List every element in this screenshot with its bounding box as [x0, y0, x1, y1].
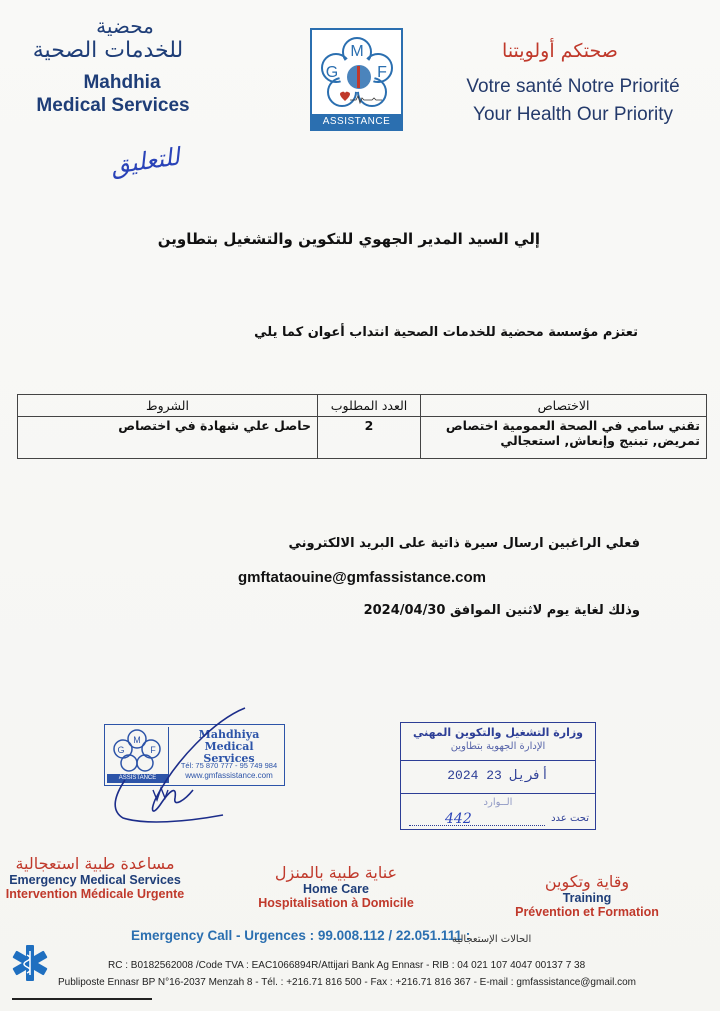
- logo-band-text: ASSISTANCE: [312, 114, 401, 129]
- service-ar: مساعدة طبية استعجالية: [2, 854, 188, 873]
- svg-text:M: M: [350, 43, 363, 60]
- contact-address-info: Publiposte Ennasr BP N°16-2037 Menzah 8 …: [58, 977, 636, 988]
- cell-count: 2: [318, 417, 421, 459]
- document-page: محضية للخدمات الصحية Mahdhia Medical Ser…: [0, 0, 720, 1011]
- brand-name-arabic-line2: للخدمات الصحية: [22, 38, 194, 63]
- footer-rule: [12, 998, 152, 1000]
- application-deadline: وذلك لغاية يوم لاثنين الموافق 2024/04/30: [364, 603, 640, 618]
- service-en: Emergency Medical Services: [2, 873, 188, 887]
- service-ar: عناية طبية بالمنزل: [252, 863, 420, 882]
- stamp-received-date: 2024 أفريل 23: [401, 768, 595, 783]
- stamp-regional-directorate: الإدارة الجهوية بتطاوين: [401, 741, 595, 752]
- header-count: العدد المطلوب: [318, 395, 421, 417]
- stamp-ministry-name: وزارة التشغيل والتكوين المهني: [401, 726, 595, 739]
- star-of-life-icon: [10, 943, 50, 983]
- slogan-french: Votre santé Notre Priorité: [462, 76, 684, 98]
- brand-name-english-line1: Mahdhia: [62, 72, 182, 94]
- ministry-receipt-stamp: وزارة التشغيل والتكوين المهني الإدارة ال…: [400, 722, 596, 830]
- service-ar: وقاية وتكوين: [512, 872, 662, 891]
- header-specialty: الاختصاص: [421, 395, 707, 417]
- table-header-row: الاختصاص العدد المطلوب الشروط: [18, 395, 707, 417]
- brand-name-arabic-line1: محضية: [70, 14, 180, 38]
- service-en: Home Care: [252, 882, 420, 896]
- service-fr: Intervention Médicale Urgente: [2, 887, 188, 901]
- header-conditions: الشروط: [18, 395, 318, 417]
- stamp-divider: [401, 793, 595, 794]
- apply-instructions: فعلي الراغبين ارسال سيرة ذاتية على البري…: [288, 536, 640, 551]
- svg-text:G: G: [326, 64, 338, 81]
- emergency-label-arabic: الحالات الإستعجالية: [452, 934, 531, 945]
- application-email[interactable]: gmftataouine@gmfassistance.com: [238, 569, 486, 586]
- handwritten-note: للتعليق: [69, 142, 182, 185]
- service-home-care: عناية طبية بالمنزل Home Care Hospitalisa…: [252, 863, 420, 910]
- table-row: تقني سامي في الصحة العمومية اختصاص تمريض…: [18, 417, 707, 459]
- vacancies-table: الاختصاص العدد المطلوب الشروط تقني سامي …: [17, 394, 707, 459]
- brand-name-english-line2: Medical Services: [28, 95, 198, 117]
- cell-specialty: تقني سامي في الصحة العمومية اختصاص تمريض…: [421, 417, 707, 459]
- svg-text:F: F: [377, 64, 387, 81]
- stamp-number-label: تحت عدد: [551, 813, 589, 824]
- gmf-assistance-logo: M G F ASSISTANCE: [310, 28, 403, 131]
- signature-icon: [105, 700, 255, 830]
- slogan-english: Your Health Our Priority: [462, 104, 684, 126]
- legal-registration-info: RC : B0182562008 /Code TVA : EAC1066894R…: [108, 960, 585, 971]
- slogan-arabic: صحتكم أولويتنا: [500, 40, 620, 62]
- cell-conditions: حاصل علي شهادة في اختصاص: [18, 417, 318, 459]
- flower-emblem-icon: M G F: [314, 32, 400, 116]
- service-en: Training: [512, 891, 662, 905]
- letter-intro: تعتزم مؤسسة محضية للخدمات الصحية انتداب …: [254, 325, 638, 340]
- service-fr: Prévention et Formation: [512, 905, 662, 919]
- emergency-numbers: Emergency Call - Urgences : 99.008.112 /…: [131, 928, 470, 943]
- specialty-line1: تقني سامي في الصحة العمومية اختصاص: [427, 418, 700, 433]
- stamp-dotted-line: [409, 825, 545, 826]
- service-emergency: مساعدة طبية استعجالية Emergency Medical …: [2, 854, 188, 901]
- service-training: وقاية وتكوين Training Prévention et Form…: [512, 872, 662, 919]
- letter-addressee: إلي السيد المدير الجهوي للتكوين والتشغيل…: [158, 230, 540, 248]
- stamp-incoming-label: الــوارد: [401, 797, 595, 808]
- specialty-line2: تمريض, تبنيج وإنعاش, استعجالي: [427, 433, 700, 448]
- service-fr: Hospitalisation à Domicile: [252, 896, 420, 910]
- stamp-divider: [401, 760, 595, 761]
